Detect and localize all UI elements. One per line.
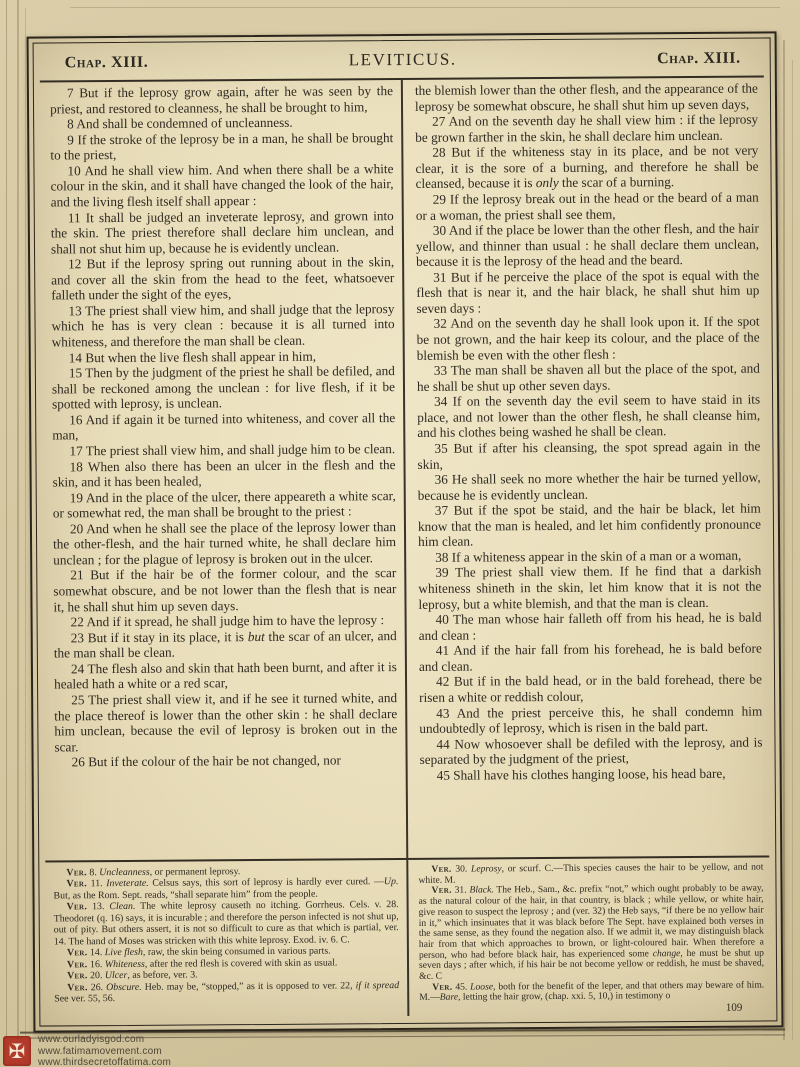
verse-paragraph: 23 But if it stay in its place, it is bu… xyxy=(54,628,397,662)
verse-paragraph: 35 But if after his cleansing, the spot … xyxy=(417,438,760,472)
verse-paragraph: 39 The priest shall view them. If he fin… xyxy=(418,563,761,612)
verse-paragraph: 9 If the stroke of the leprosy be in a m… xyxy=(50,130,393,164)
verse-paragraph: 16 And if again it be turned into whiten… xyxy=(52,410,395,444)
verse-paragraph: 41 And if the hair fall from his forehea… xyxy=(419,641,762,675)
watermark-link: www.thirdsecretoffatima.com xyxy=(38,1057,171,1067)
verse-column-left: 7 But if the leprosy grow again, after h… xyxy=(37,80,407,861)
footnote-entry: Ver. 45. Loose, both for the benefit of … xyxy=(419,980,764,1004)
verse-paragraph: 11 It shall be judged an inveterate lepr… xyxy=(51,208,394,257)
footnote-entry: Ver. 26. Obscure. Heb. may be, “stopped,… xyxy=(54,980,399,1005)
book-page-edge xyxy=(792,60,793,1040)
watermark: ✠ www.ourladyisgod.com www.fatimamovemen… xyxy=(3,1034,171,1067)
verse-paragraph: 7 But if the leprosy grow again, after h… xyxy=(50,83,393,117)
watermark-links: www.ourladyisgod.com www.fatimamovement.… xyxy=(38,1034,171,1067)
verse-paragraph: 33 The man shall be shaven all but the p… xyxy=(417,361,760,395)
footnote-entry: Ver. 31. Black. The Heb., Sam., &c. pref… xyxy=(418,884,764,983)
verse-paragraph: 27 And on the seventh day he shall view … xyxy=(415,112,758,146)
book-title: LEVITICUS. xyxy=(349,50,457,71)
verse-paragraph: 19 And in the place of the ulcer, there … xyxy=(53,488,396,522)
footnote-column-left: Ver. 8. Uncleanness, or permanent lepros… xyxy=(42,860,408,1024)
verse-paragraph: 30 And if the place be lower than the ot… xyxy=(416,221,759,270)
verse-paragraph: 31 But if he perceive the place of the s… xyxy=(416,267,759,316)
page-number: 109 xyxy=(419,1002,764,1016)
verse-paragraph: 18 When also there has been an ulcer in … xyxy=(52,457,395,491)
watermark-link: www.fatimamovement.com xyxy=(38,1046,171,1058)
book-page-edge xyxy=(25,8,26,1038)
verse-paragraph: 45 Shall have his clothes hanging loose,… xyxy=(420,765,763,783)
verse-paragraph: 44 Now whosoever shall be defiled with t… xyxy=(419,734,762,768)
page-frame: Chap. XIII. LEVITICUS. Chap. XIII. 7 But… xyxy=(27,31,784,1032)
watermark-link: www.ourladyisgod.com xyxy=(38,1034,171,1046)
header-chapter-left: Chap. XIII. xyxy=(65,54,149,73)
footnote-entries-right: Ver. 30. Leprosy, or scurf. C.—This spec… xyxy=(418,863,764,1005)
verse-paragraph: 42 But if in the bald head, or in the ba… xyxy=(419,672,762,706)
verse-paragraph: the blemish lower than the other flesh, … xyxy=(415,81,758,115)
book-page-edge xyxy=(783,40,785,1040)
verse-paragraph: 28 But if the whiteness stay in its plac… xyxy=(415,143,758,192)
red-cross-crest-icon: ✠ xyxy=(3,1036,31,1066)
verse-paragraph: 13 The priest shall view him, and shall … xyxy=(51,301,394,350)
header-chapter-right: Chap. XIII. xyxy=(657,50,741,69)
footnote-entry: Ver. 13. Clean. The white leprosy causet… xyxy=(54,899,399,947)
verse-paragraph: 37 But if the spot be staid, and the hai… xyxy=(418,501,761,550)
verse-paragraph: 43 And the priest perceive this, he shal… xyxy=(419,703,762,737)
footnote-column-right: Ver. 30. Leprosy, or scurf. C.—This spec… xyxy=(407,857,773,1021)
verse-paragraph: 12 But if the leprosy spring out running… xyxy=(51,254,394,303)
verse-paragraph: 32 And on the seventh day he shall look … xyxy=(416,314,759,363)
book-page-edge xyxy=(6,0,7,1040)
verse-column-right: the blemish lower than the other flesh, … xyxy=(402,77,772,858)
book-page-edge xyxy=(70,7,780,8)
verse-paragraph: 26 But if the colour of the hair be not … xyxy=(55,752,398,770)
verse-paragraph: 25 The priest shall view it, and if he s… xyxy=(54,690,397,755)
verse-paragraph: 17 The priest shall view him, and shall … xyxy=(52,441,395,459)
verse-paragraph: 15 Then by the judgment of the priest he… xyxy=(52,363,395,412)
page-header: Chap. XIII. LEVITICUS. Chap. XIII. xyxy=(37,40,767,80)
verse-paragraph: 34 If on the seventh day the evil seem t… xyxy=(417,392,760,441)
verse-paragraph: 24 The flesh also and skin that hath bee… xyxy=(54,659,397,693)
verse-paragraph: 21 But if the hair be of the former colo… xyxy=(53,565,396,614)
page-content: Chap. XIII. LEVITICUS. Chap. XIII. 7 But… xyxy=(37,40,774,1023)
verse-paragraph: 20 And when he shall see the place of th… xyxy=(53,519,396,568)
verse-paragraph: 40 The man whose hair falleth off from h… xyxy=(419,610,762,644)
book-page-edge xyxy=(17,0,19,1046)
verse-paragraph: 36 He shall seek no more whether the hai… xyxy=(418,470,761,504)
verse-paragraph: 10 And he shall view him. And when there… xyxy=(50,161,393,210)
footnote-entry: Ver. 11. Inveterate. Celsus says, this s… xyxy=(53,877,398,902)
verse-paragraph: 29 If the leprosy break out in the head … xyxy=(416,189,759,223)
